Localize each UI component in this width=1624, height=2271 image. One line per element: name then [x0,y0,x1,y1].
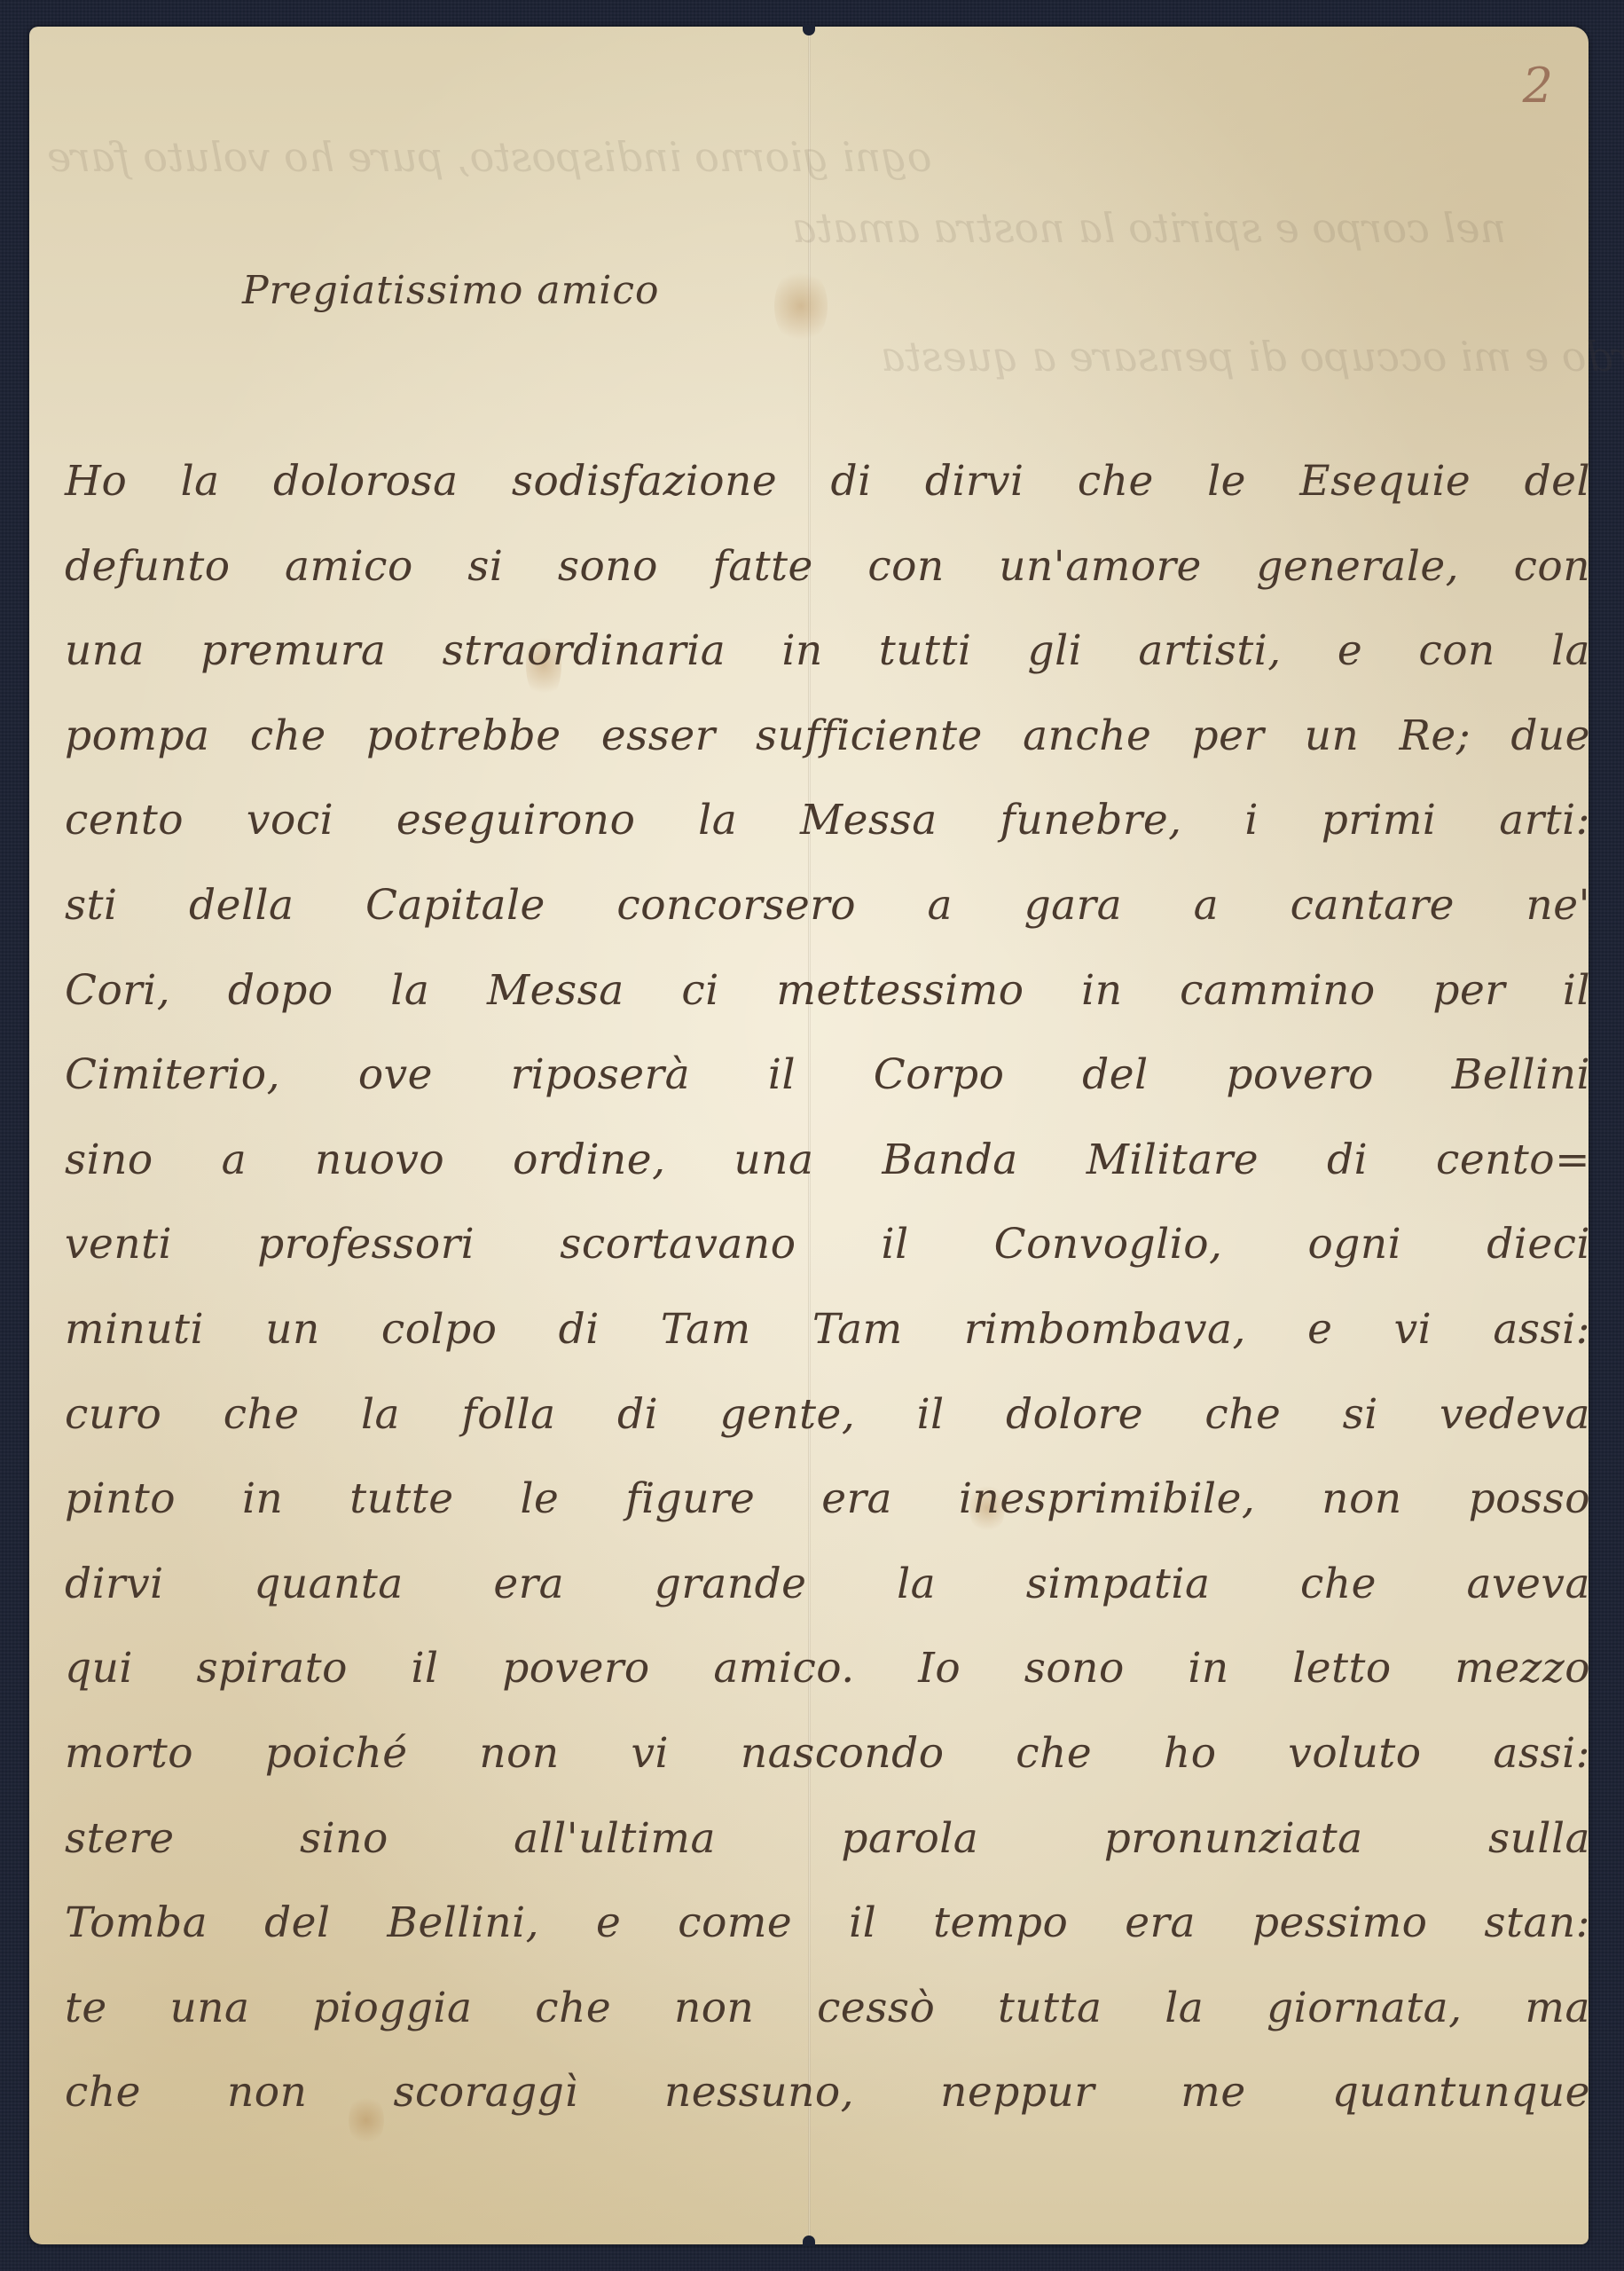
letter-body: Ho la dolorosa sodisfazione di dirvi che… [65,439,1590,2135]
text-line: venti professori scortavano il Convoglio… [65,1202,1590,1287]
fold-notch-bottom [803,2236,815,2246]
ink-stain [774,266,828,346]
text-line: stere sino all'ultima parola pronunziata… [65,1796,1590,1882]
fold-notch-top [803,25,815,35]
text-line: dirvi quanta era grande la simpatia che … [65,1542,1590,1627]
text-line: pompa che potrebbe esser sufficiente anc… [65,694,1590,779]
text-line: sino a nuovo ordine, una Banda Militare … [65,1118,1590,1203]
text-line: sti della Capitale concorsero a gara a c… [65,863,1590,948]
text-line: Ho la dolorosa sodisfazione di dirvi che… [65,439,1590,524]
text-line: qui spirato il povero amico. Io sono in … [65,1626,1590,1711]
text-line: che non scoraggì nessuno, neppur me quan… [65,2050,1590,2135]
text-line: minuti un colpo di Tam Tam rimbombava, e… [65,1287,1590,1372]
text-line: morto poiché non vi nascondo che ho volu… [65,1711,1590,1796]
salutation: Pregiatissimo amico [242,268,660,313]
letter-page: ogni giorno indisposto, pure ho voluto f… [29,27,1589,2244]
bleed-through-text: ogni giorno indisposto, pure ho voluto f… [47,133,932,181]
text-line: te una pioggia che non cessò tutta la gi… [65,1966,1590,2051]
text-line: Tomba del Bellini, e come il tempo era p… [65,1881,1590,1966]
text-line: cento voci eseguirono la Messa funebre, … [65,778,1590,863]
text-line: pinto in tutte le figure era inesprimibi… [65,1457,1590,1542]
bleed-through-text: ricordo e mi occupo di pensare a questa [881,333,1624,381]
text-line: Cori, dopo la Messa ci mettessimo in cam… [65,948,1590,1033]
bleed-through-text: nel corpo e spirito la nostra amata [792,204,1506,252]
text-line: curo che la folla di gente, il dolore ch… [65,1372,1590,1458]
text-line: Cimiterio, ove riposerà il Corpo del pov… [65,1033,1590,1118]
text-line: una premura straordinaria in tutti gli a… [65,609,1590,694]
text-line: defunto amico si sono fatte con un'amore… [65,524,1590,609]
page-number: 2 [1523,62,1553,110]
